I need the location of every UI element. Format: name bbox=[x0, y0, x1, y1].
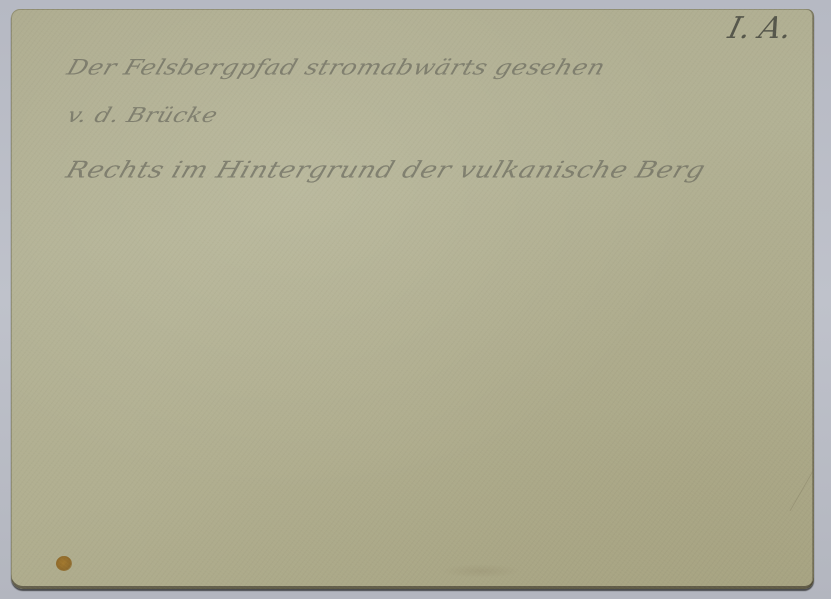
glue-stain-spot bbox=[56, 556, 72, 571]
handwritten-line-1: Der Felsbergpfad stromabwärts gesehen bbox=[64, 55, 609, 80]
photo-back-card: I. A. Der Felsbergpfad stromabwärts gese… bbox=[11, 9, 814, 589]
paper-smudge bbox=[441, 564, 521, 578]
corner-annotation: I. A. bbox=[725, 11, 796, 46]
handwritten-line-2: v. d. Brücke bbox=[64, 103, 221, 127]
handwritten-line-3: Rechts im Hintergrund der vulkanische Be… bbox=[63, 157, 709, 183]
